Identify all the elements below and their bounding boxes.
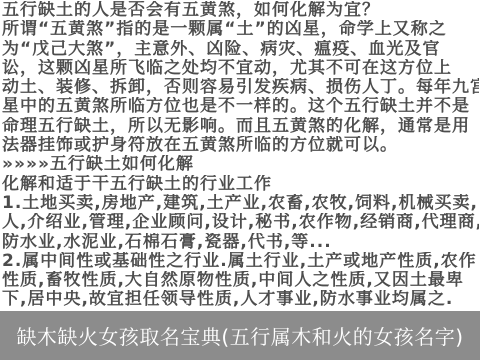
article-image-page: { "page": { "background_color": "#ffffff… — [0, 0, 480, 360]
article-line: 星中的五黄煞所临方位也是不一样的。这个五行缺土并不是 — [2, 97, 479, 116]
list-item-2-line: 2.属中间性或基础性之行业.属土行业,土产或地产性质,农作 — [2, 252, 479, 271]
section-header-arrows: »»»»五行缺土如何化解 — [2, 155, 479, 174]
article-line: 讼，这颗凶星所飞临之处均不宜动，尤其不可在这方位上 — [2, 59, 479, 78]
article-body: 五行缺土的人是否会有五黄煞，如何化解为宜？ 所谓“五黄煞”指的是一颗属“土”的凶… — [2, 1, 479, 310]
article-line: 命理五行缺土，所以无影响。而且五黄煞的化解，通常是用 — [2, 117, 479, 136]
article-line: 法器挂饰或护身符放在五黄煞所临的方位就可以。 — [2, 136, 479, 155]
list-item-1-line: 防水业,水泥业,石棉石膏,瓷器,代书,等... — [2, 233, 479, 252]
section-subheader: 化解和适于干五行缺土的行业工作 — [2, 175, 479, 194]
footer-title-bar: 缺木缺火女孩取名宝典(五行属木和火的女孩名字) — [0, 311, 480, 360]
list-item-2-line: 下,居中央,故宜担任领导性质,人才事业,防水事业均属之. — [2, 290, 479, 309]
list-item-1-line: 1.土地买卖,房地产,建筑,土产业,农畜,农牧,饲料,机械买卖,中 — [2, 194, 479, 213]
list-item-2-line: 性质,畜牧性质,大自然原物性质,中间人之性质,又因土最卑 — [2, 271, 479, 290]
article-line-question: 五行缺土的人是否会有五黄煞，如何化解为宜？ — [2, 1, 479, 20]
article-line: 动土、装修、拆卸，否则容易引发疾病、损伤人丁。每年九宫飞 — [2, 78, 479, 97]
footer-title: 缺木缺火女孩取名宝典(五行属木和火的女孩名字) — [16, 321, 463, 350]
list-item-1-line: 人,介绍业,管理,企业顾问,设计,秘书,农作物,经销商,代理商, — [2, 213, 479, 232]
article-line: 为“戊己大煞”，主意外、凶险、病灾、瘟疫、血光及官 — [2, 40, 479, 59]
article-line: 所谓“五黄煞”指的是一颗属“土”的凶星，命学上又称之 — [2, 20, 479, 39]
